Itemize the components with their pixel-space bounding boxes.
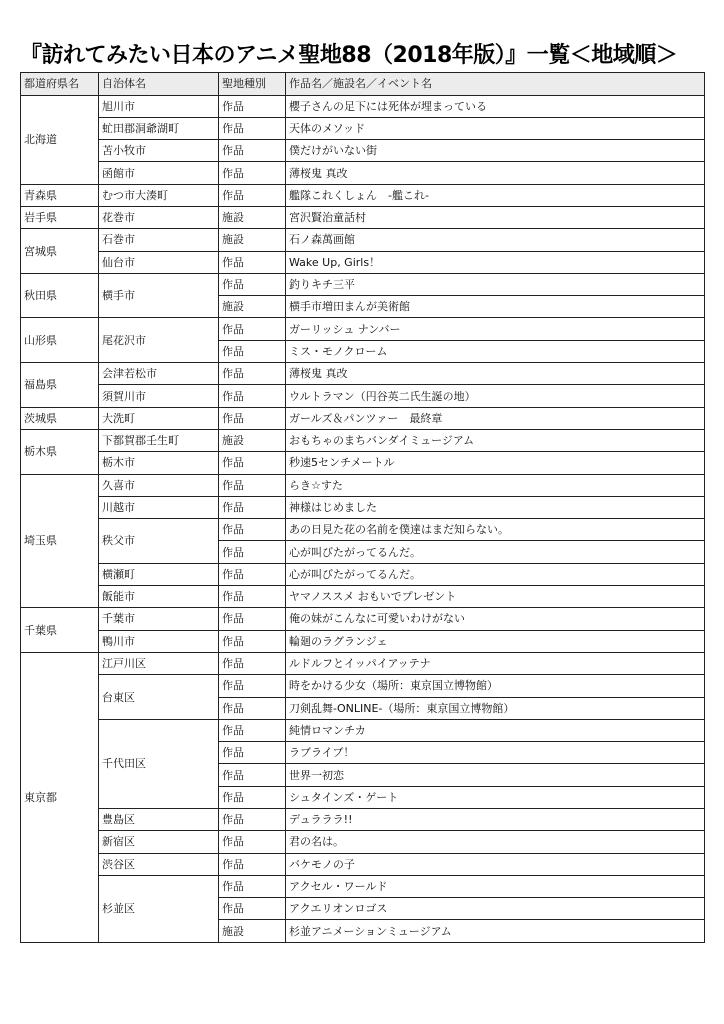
title-cell: 薄桜鬼 真改: [286, 162, 705, 184]
type-cell: 作品: [219, 273, 286, 295]
table-row: 仙台市作品Wake Up, Girls！: [21, 251, 705, 273]
table-row: 福島県会津若松市作品薄桜鬼 真改: [21, 363, 705, 385]
type-cell: 施設: [219, 429, 286, 451]
prefecture-cell: 千葉県: [21, 608, 99, 653]
municipality-cell: 鴨川市: [99, 630, 219, 652]
header-row: 都道府県名 自治体名 聖地種別 作品名／施設名／イベント名: [21, 73, 705, 96]
title-cell: 石ノ森萬画館: [286, 229, 705, 251]
title-cell: 釣りキチ三平: [286, 273, 705, 295]
title-cell: 刀剣乱舞-ONLINE-（場所：東京国立博物館）: [286, 697, 705, 719]
prefecture-cell: 東京都: [21, 652, 99, 942]
type-cell: 作品: [219, 853, 286, 875]
title-cell: 天体のメソッド: [286, 117, 705, 139]
type-cell: 作品: [219, 831, 286, 853]
title-cell: 世界一初恋: [286, 764, 705, 786]
table-row: 茨城県大洗町作品ガールズ＆パンツァー 最終章: [21, 407, 705, 429]
municipality-cell: 尾花沢市: [99, 318, 219, 363]
type-cell: 作品: [219, 875, 286, 897]
table-row: 東京都江戸川区作品ルドルフとイッパイアッテナ: [21, 652, 705, 674]
title-cell: 艦隊これくしょん -艦これ-: [286, 184, 705, 206]
municipality-cell: 川越市: [99, 496, 219, 518]
type-cell: 作品: [219, 385, 286, 407]
title-cell: シュタインズ・ゲート: [286, 786, 705, 808]
table-body: 北海道旭川市作品櫻子さんの足下には死体が埋まっている虻田郡洞爺湖町作品天体のメソ…: [21, 95, 705, 942]
table-row: 飯能市作品ヤマノススメ おもいでプレゼント: [21, 586, 705, 608]
title-cell: 僕だけがいない街: [286, 140, 705, 162]
type-cell: 作品: [219, 251, 286, 273]
title-cell: Wake Up, Girls！: [286, 251, 705, 273]
table-row: 新宿区作品君の名は。: [21, 831, 705, 853]
title-cell: 時をかける少女（場所：東京国立博物館）: [286, 675, 705, 697]
municipality-cell: 渋谷区: [99, 853, 219, 875]
type-cell: 作品: [219, 586, 286, 608]
title-cell: 輪廻のラグランジェ: [286, 630, 705, 652]
title-cell: 秒速5センチメートル: [286, 452, 705, 474]
title-cell: 薄桜鬼 真改: [286, 363, 705, 385]
title-cell: 横手市増田まんが美術館: [286, 296, 705, 318]
municipality-cell: 杉並区: [99, 875, 219, 942]
prefecture-cell: 栃木県: [21, 429, 99, 474]
title-cell: 心が叫びたがってるんだ。: [286, 541, 705, 563]
type-cell: 作品: [219, 340, 286, 362]
municipality-cell: 須賀川市: [99, 385, 219, 407]
municipality-cell: 横手市: [99, 273, 219, 318]
type-cell: 作品: [219, 675, 286, 697]
type-cell: 作品: [219, 719, 286, 741]
municipality-cell: 花巻市: [99, 206, 219, 228]
table-row: 青森県むつ市大湊町作品艦隊これくしょん -艦これ-: [21, 184, 705, 206]
municipality-cell: むつ市大湊町: [99, 184, 219, 206]
table-row: 鴨川市作品輪廻のラグランジェ: [21, 630, 705, 652]
municipality-cell: 千代田区: [99, 719, 219, 808]
municipality-cell: 新宿区: [99, 831, 219, 853]
table-row: 山形県尾花沢市作品ガーリッシュ ナンバー: [21, 318, 705, 340]
prefecture-cell: 埼玉県: [21, 474, 99, 608]
title-cell: ガーリッシュ ナンバー: [286, 318, 705, 340]
municipality-cell: 大洗町: [99, 407, 219, 429]
type-cell: 作品: [219, 541, 286, 563]
municipality-cell: 栃木市: [99, 452, 219, 474]
table-row: 岩手県花巻市施設宮沢賢治童話村: [21, 206, 705, 228]
table-row: 秋田県横手市作品釣りキチ三平: [21, 273, 705, 295]
municipality-cell: 豊島区: [99, 809, 219, 831]
table-row: 渋谷区作品バケモノの子: [21, 853, 705, 875]
type-cell: 作品: [219, 95, 286, 117]
table-row: 宮城県石巻市施設石ノ森萬画館: [21, 229, 705, 251]
type-cell: 作品: [219, 452, 286, 474]
type-cell: 作品: [219, 764, 286, 786]
title-cell: アクセル・ワールド: [286, 875, 705, 897]
table-row: 栃木市作品秒速5センチメートル: [21, 452, 705, 474]
table-row: 杉並区作品アクセル・ワールド: [21, 875, 705, 897]
type-cell: 作品: [219, 407, 286, 429]
title-cell: ヤマノススメ おもいでプレゼント: [286, 586, 705, 608]
type-cell: 作品: [219, 162, 286, 184]
type-cell: 施設: [219, 296, 286, 318]
table-row: 豊島区作品デュラララ!!: [21, 809, 705, 831]
header-type: 聖地種別: [219, 73, 286, 96]
type-cell: 作品: [219, 496, 286, 518]
prefecture-cell: 岩手県: [21, 206, 99, 228]
type-cell: 作品: [219, 697, 286, 719]
title-cell: 俺の妹がこんなに可愛いわけがない: [286, 608, 705, 630]
title-cell: デュラララ!!: [286, 809, 705, 831]
municipality-cell: 江戸川区: [99, 652, 219, 674]
title-cell: らき☆すた: [286, 474, 705, 496]
title-cell: ガールズ＆パンツァー 最終章: [286, 407, 705, 429]
table-row: 北海道旭川市作品櫻子さんの足下には死体が埋まっている: [21, 95, 705, 117]
table-row: 横瀬町作品心が叫びたがってるんだ。: [21, 563, 705, 585]
table-row: 千代田区作品純情ロマンチカ: [21, 719, 705, 741]
type-cell: 作品: [219, 809, 286, 831]
municipality-cell: 石巻市: [99, 229, 219, 251]
type-cell: 作品: [219, 140, 286, 162]
prefecture-cell: 茨城県: [21, 407, 99, 429]
table-row: 須賀川市作品ウルトラマン（円谷英二氏生誕の地）: [21, 385, 705, 407]
type-cell: 作品: [219, 318, 286, 340]
table-row: 函館市作品薄桜鬼 真改: [21, 162, 705, 184]
municipality-cell: 千葉市: [99, 608, 219, 630]
type-cell: 作品: [219, 652, 286, 674]
municipality-cell: 仙台市: [99, 251, 219, 273]
title-cell: アクエリオンロゴス: [286, 898, 705, 920]
seichi-list-table: 都道府県名 自治体名 聖地種別 作品名／施設名／イベント名 北海道旭川市作品櫻子…: [20, 72, 705, 943]
type-cell: 施設: [219, 206, 286, 228]
municipality-cell: 秩父市: [99, 519, 219, 564]
prefecture-cell: 山形県: [21, 318, 99, 363]
title-cell: 櫻子さんの足下には死体が埋まっている: [286, 95, 705, 117]
table-row: 埼玉県久喜市作品らき☆すた: [21, 474, 705, 496]
table-row: 千葉県千葉市作品俺の妹がこんなに可愛いわけがない: [21, 608, 705, 630]
type-cell: 作品: [219, 519, 286, 541]
header-municipality: 自治体名: [99, 73, 219, 96]
type-cell: 作品: [219, 630, 286, 652]
type-cell: 作品: [219, 742, 286, 764]
table-row: 台東区作品時をかける少女（場所：東京国立博物館）: [21, 675, 705, 697]
type-cell: 作品: [219, 786, 286, 808]
type-cell: 施設: [219, 920, 286, 942]
document-title: 『訪れてみたい日本のアニメ聖地88（2018年版）』一覧＜地域順＞: [20, 38, 677, 69]
type-cell: 作品: [219, 363, 286, 385]
municipality-cell: 下都賀郡壬生町: [99, 429, 219, 451]
type-cell: 施設: [219, 229, 286, 251]
header-prefecture: 都道府県名: [21, 73, 99, 96]
title-cell: ウルトラマン（円谷英二氏生誕の地）: [286, 385, 705, 407]
title-cell: バケモノの子: [286, 853, 705, 875]
type-cell: 作品: [219, 608, 286, 630]
type-cell: 作品: [219, 898, 286, 920]
title-cell: 純情ロマンチカ: [286, 719, 705, 741]
title-cell: おもちゃのまちバンダイミュージアム: [286, 429, 705, 451]
municipality-cell: 函館市: [99, 162, 219, 184]
title-cell: ルドルフとイッパイアッテナ: [286, 652, 705, 674]
prefecture-cell: 秋田県: [21, 273, 99, 318]
prefecture-cell: 北海道: [21, 95, 99, 184]
title-cell: 神様はじめました: [286, 496, 705, 518]
table-row: 虻田郡洞爺湖町作品天体のメソッド: [21, 117, 705, 139]
prefecture-cell: 福島県: [21, 363, 99, 408]
municipality-cell: 苫小牧市: [99, 140, 219, 162]
municipality-cell: 会津若松市: [99, 363, 219, 385]
municipality-cell: 台東区: [99, 675, 219, 720]
title-cell: あの日見た花の名前を僕達はまだ知らない。: [286, 519, 705, 541]
table-row: 川越市作品神様はじめました: [21, 496, 705, 518]
table-row: 苫小牧市作品僕だけがいない街: [21, 140, 705, 162]
type-cell: 作品: [219, 563, 286, 585]
header-title: 作品名／施設名／イベント名: [286, 73, 705, 96]
municipality-cell: 横瀬町: [99, 563, 219, 585]
municipality-cell: 旭川市: [99, 95, 219, 117]
prefecture-cell: 宮城県: [21, 229, 99, 274]
title-cell: 宮沢賢治童話村: [286, 206, 705, 228]
type-cell: 作品: [219, 117, 286, 139]
title-cell: ラブライブ！: [286, 742, 705, 764]
table-row: 秩父市作品あの日見た花の名前を僕達はまだ知らない。: [21, 519, 705, 541]
title-cell: 君の名は。: [286, 831, 705, 853]
title-cell: ミス・モノクローム: [286, 340, 705, 362]
table-row: 栃木県下都賀郡壬生町施設おもちゃのまちバンダイミュージアム: [21, 429, 705, 451]
title-cell: 杉並アニメーションミュージアム: [286, 920, 705, 942]
municipality-cell: 虻田郡洞爺湖町: [99, 117, 219, 139]
municipality-cell: 久喜市: [99, 474, 219, 496]
title-cell: 心が叫びたがってるんだ。: [286, 563, 705, 585]
type-cell: 作品: [219, 184, 286, 206]
prefecture-cell: 青森県: [21, 184, 99, 206]
type-cell: 作品: [219, 474, 286, 496]
municipality-cell: 飯能市: [99, 586, 219, 608]
